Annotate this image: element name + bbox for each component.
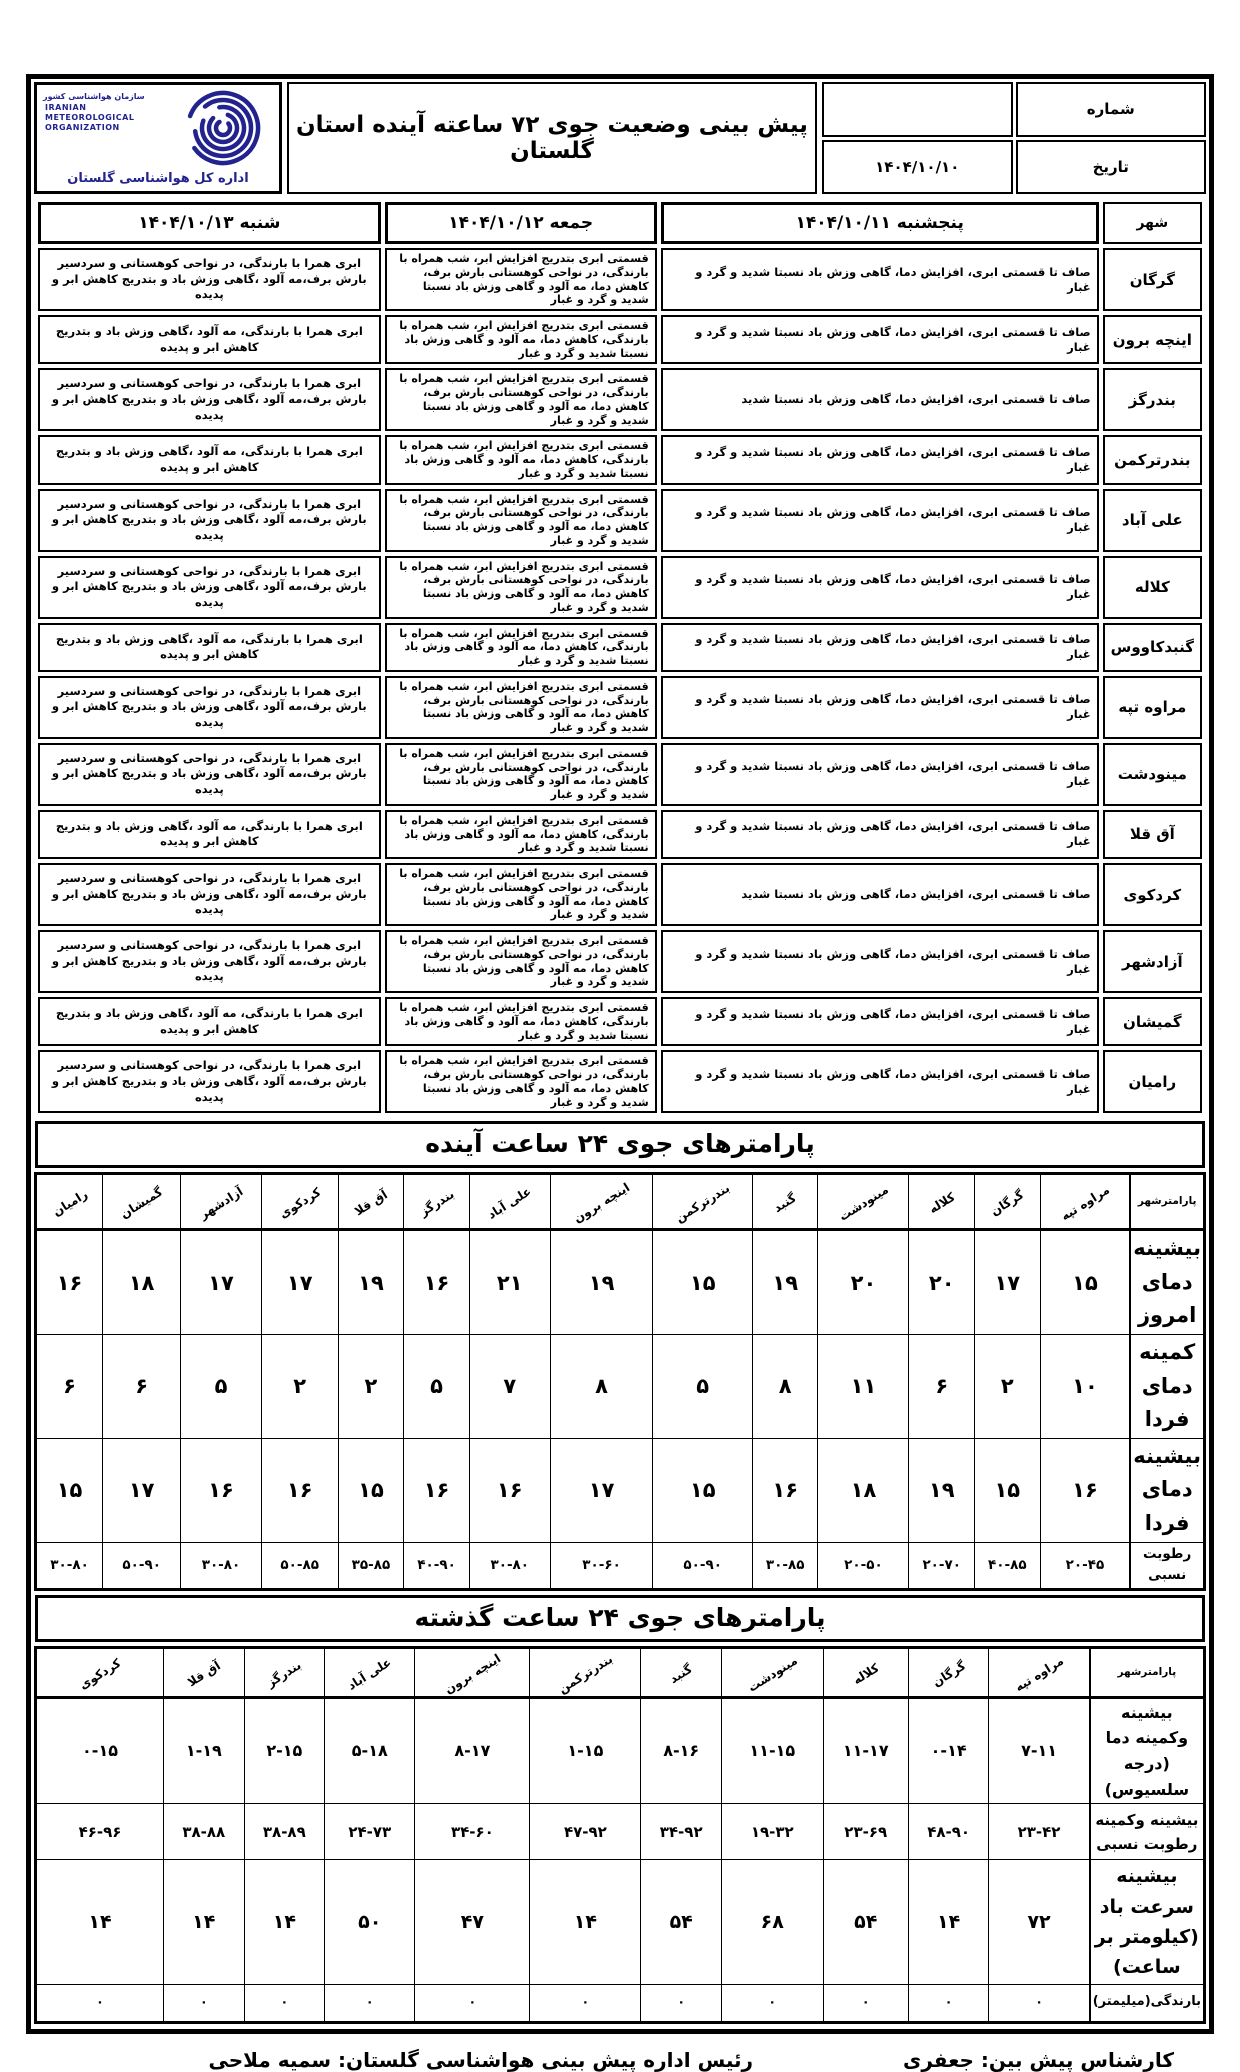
forecast-city-cell: آق قلا (1103, 810, 1202, 859)
params-city-header: مینودشت (721, 1647, 823, 1697)
forecast-saturday-cell: ابری همرا با بارندگی، در نواحی کوهستانی … (38, 1050, 381, 1113)
params-value-cell: ۰-۱۵ (36, 1697, 164, 1803)
forecast-city-cell: مراوه تپه (1103, 676, 1202, 739)
document-frame: شماره تاریخ ۱۴۰۴/۱۰/۱۰ پیش بینی وضعیت جو… (26, 74, 1214, 2034)
forecast-saturday-cell: ابری همرا با بارندگی، در نواحی کوهستانی … (38, 489, 381, 552)
number-value (822, 82, 1013, 137)
params-value-cell: ۲۰-۷۰ (909, 1542, 975, 1589)
forecast-saturday-cell: ابری همرا با بارندگی، مه آلود ،گاهی وزش … (38, 810, 381, 859)
params-value-cell: ۵۰-۹۰ (103, 1542, 181, 1589)
params-value-cell: ۱۹ (909, 1438, 975, 1542)
params-value-cell: ۱۱-۱۵ (721, 1697, 823, 1803)
params-value-cell: ۵-۱۸ (325, 1697, 415, 1803)
forecast-row: آق قلاصاف تا قسمتی ابری، افزایش دما، گاه… (38, 810, 1202, 859)
params-row-label: بیشینه سرعت باد (کیلومتر بر ساعت) (1090, 1860, 1205, 1985)
params-value-cell: ۰ (530, 1984, 641, 2022)
params-value-cell: ۰ (325, 1984, 415, 2022)
header-logo: سازمان هواشناسی کشور IRANIAN METEOROLOGI… (34, 82, 282, 194)
params-city-header: گرگان (908, 1647, 989, 1697)
params-value-cell: ۴۶-۹۶ (36, 1804, 164, 1860)
forecast-city-cell: رامیان (1103, 1050, 1202, 1113)
params-value-cell: ۴۰-۸۵ (975, 1542, 1041, 1589)
forecast-saturday-cell: ابری همرا با بارندگی، در نواحی کوهستانی … (38, 368, 381, 431)
params-header-row: پارامترشهرمراوه تپهگرگانکلالهمینودشتگنبد… (36, 1647, 1205, 1697)
params-value-cell: ۱۱-۱۷ (823, 1697, 908, 1803)
params-value-cell: ۰ (244, 1984, 325, 2022)
forecast-saturday-cell: ابری همرا با بارندگی، در نواحی کوهستانی … (38, 676, 381, 739)
params-value-cell: ۲ (261, 1335, 338, 1439)
forecast-thursday-cell: صاف تا قسمتی ابری، افزایش دما، گاهی وزش … (661, 743, 1099, 806)
params-city-header: گنبد (641, 1647, 722, 1697)
params-value-cell: ۴۰-۹۰ (404, 1542, 470, 1589)
params-value-cell: ۰-۱۴ (908, 1697, 989, 1803)
forecast-city-cell: گنبدکاووس (1103, 623, 1202, 672)
future-params-table: پارامترشهرمراوه تپهگرگانکلالهمینودشتگنبد… (34, 1172, 1206, 1591)
params-value-cell: ۴۸-۹۰ (908, 1804, 989, 1860)
day-header-friday: جمعه ۱۴۰۴/۱۰/۱۲ (385, 202, 657, 244)
forecast-saturday-cell: ابری همرا با بارندگی، مه آلود ،گاهی وزش … (38, 315, 381, 364)
params-value-cell: ۱۶ (404, 1230, 470, 1335)
forecast-saturday-cell: ابری همرا با بارندگی، مه آلود ،گاهی وزش … (38, 623, 381, 672)
signature-row: کارشناس پیش بین: جعفری رئیس اداره پیش بی… (26, 2048, 1214, 2072)
params-value-cell: ۱۵ (653, 1230, 752, 1335)
params-row: بارندگی(میلیمتر)۰۰۰۰۰۰۰۰۰۰۰ (36, 1984, 1205, 2022)
params-city-header: گمیشان (103, 1174, 181, 1230)
params-value-cell: ۳۸-۸۸ (164, 1804, 245, 1860)
params-value-cell: ۳۰-۸۰ (36, 1542, 103, 1589)
params-row: بیشینه وکمینه دما (درجه سلسیوس)۷-۱۱۰-۱۴۱… (36, 1697, 1205, 1803)
forecast-thursday-cell: صاف تا قسمتی ابری، افزایش دما، گاهی وزش … (661, 863, 1099, 926)
params-value-cell: ۲۱ (469, 1230, 550, 1335)
forecast-row: آزادشهرصاف تا قسمتی ابری، افزایش دما، گا… (38, 930, 1202, 993)
forecast-header-row: شهر پنجشنبه ۱۴۰۴/۱۰/۱۱ جمعه ۱۴۰۴/۱۰/۱۲ ش… (38, 202, 1202, 244)
params-value-cell: ۴۷-۹۲ (530, 1804, 641, 1860)
forecast-city-cell: کردکوی (1103, 863, 1202, 926)
page-title: پیش بینی وضعیت جوی ۷۲ ساعته آینده استان … (289, 112, 815, 164)
params-value-cell: ۱۶ (469, 1438, 550, 1542)
params-row-label: بارندگی(میلیمتر) (1090, 1984, 1205, 2022)
forecast-city-cell: اینچه برون (1103, 315, 1202, 364)
params-value-cell: ۳۴-۹۲ (641, 1804, 722, 1860)
params-value-cell: ۱۵ (338, 1438, 404, 1542)
params-row: بیشینه دمای فردا۱۶۱۵۱۹۱۸۱۶۱۵۱۷۱۶۱۶۱۵۱۶۱۶… (36, 1438, 1205, 1542)
day-header-saturday: شنبه ۱۴۰۴/۱۰/۱۳ (38, 202, 381, 244)
forecast-thursday-cell: صاف تا قسمتی ابری، افزایش دما، گاهی وزش … (661, 810, 1099, 859)
params-city-header: علی آباد (469, 1174, 550, 1230)
forecast-thursday-cell: صاف تا قسمتی ابری، افزایش دما، گاهی وزش … (661, 997, 1099, 1046)
params-value-cell: ۱-۱۵ (530, 1697, 641, 1803)
page: { "header": { "title": "پیش بینی وضعیت ج… (0, 0, 1240, 1754)
forecast-thursday-cell: صاف تا قسمتی ابری، افزایش دما، گاهی وزش … (661, 930, 1099, 993)
params-value-cell: ۱۶ (261, 1438, 338, 1542)
params-value-cell: ۲۴-۷۳ (325, 1804, 415, 1860)
params-row-label: بیشینه وکمینه رطوبت نسبی (1090, 1804, 1205, 1860)
params-city-header: مراوه تپه (989, 1647, 1090, 1697)
params-value-cell: ۱۷ (261, 1230, 338, 1335)
date-value: ۱۴۰۴/۱۰/۱۰ (822, 140, 1013, 195)
params-value-cell: ۱-۱۹ (164, 1697, 245, 1803)
forecast-friday-cell: قسمتی ابری بتدریج افزایش ابر، شب همراه ب… (385, 810, 657, 859)
params-city-header: کردکوی (261, 1174, 338, 1230)
params-value-cell: ۱۱ (818, 1335, 909, 1439)
date-label: تاریخ (1016, 140, 1207, 195)
forecast-thursday-cell: صاف تا قسمتی ابری، افزایش دما، گاهی وزش … (661, 489, 1099, 552)
forecast-row: کردکویصاف تا قسمتی ابری، افزایش دما، گاه… (38, 863, 1202, 926)
params-value-cell: ۶ (909, 1335, 975, 1439)
params-value-cell: ۱۸ (818, 1438, 909, 1542)
params-value-cell: ۱۶ (404, 1438, 470, 1542)
params-value-cell: ۶ (103, 1335, 181, 1439)
forecast-saturday-cell: ابری همرا با بارندگی، در نواحی کوهستانی … (38, 556, 381, 619)
params-value-cell: ۳۰-۸۵ (752, 1542, 818, 1589)
forecast-friday-cell: قسمتی ابری بتدریج افزایش ابر، شب همراه ب… (385, 556, 657, 619)
params-value-cell: ۲۰ (818, 1230, 909, 1335)
forecast-row: بندرترکمنصاف تا قسمتی ابری، افزایش دما، … (38, 435, 1202, 484)
params-city-header: بندرگز (404, 1174, 470, 1230)
params-value-cell: ۰ (641, 1984, 722, 2022)
params-value-cell: ۳۸-۸۹ (244, 1804, 325, 1860)
params-city-header: گرگان (975, 1174, 1041, 1230)
signature-head: رئیس اداره پیش بینی هواشناسی گلستان: سمی… (209, 2048, 754, 2072)
forecast-friday-cell: قسمتی ابری بتدریج افزایش ابر، شب همراه ب… (385, 997, 657, 1046)
forecast-saturday-cell: ابری همرا با بارندگی، مه آلود ،گاهی وزش … (38, 435, 381, 484)
params-value-cell: ۱۴ (164, 1860, 245, 1985)
document-header: شماره تاریخ ۱۴۰۴/۱۰/۱۰ پیش بینی وضعیت جو… (34, 82, 1206, 194)
params-value-cell: ۸-۱۷ (415, 1697, 530, 1803)
forecast-friday-cell: قسمتی ابری بتدریج افزایش ابر، شب همراه ب… (385, 368, 657, 431)
forecast-friday-cell: قسمتی ابری بتدریج افزایش ابر، شب همراه ب… (385, 248, 657, 311)
params-value-cell: ۱۴ (36, 1860, 164, 1985)
forecast-saturday-cell: ابری همرا با بارندگی، در نواحی کوهستانی … (38, 863, 381, 926)
forecast-thursday-cell: صاف تا قسمتی ابری، افزایش دما، گاهی وزش … (661, 623, 1099, 672)
signature-forecaster: کارشناس پیش بین: جعفری (903, 2048, 1174, 2072)
params-value-cell: ۷۲ (989, 1860, 1090, 1985)
params-value-cell: ۲۳-۶۹ (823, 1804, 908, 1860)
forecast-friday-cell: قسمتی ابری بتدریج افزایش ابر، شب همراه ب… (385, 743, 657, 806)
forecast-city-cell: کلاله (1103, 556, 1202, 619)
forecast-friday-cell: قسمتی ابری بتدریج افزایش ابر، شب همراه ب… (385, 435, 657, 484)
forecast-row: مراوه تپهصاف تا قسمتی ابری، افزایش دما، … (38, 676, 1202, 739)
params-value-cell: ۷ (469, 1335, 550, 1439)
params-value-cell: ۱۵ (36, 1438, 103, 1542)
forecast-row: رامیانصاف تا قسمتی ابری، افزایش دما، گاه… (38, 1050, 1202, 1113)
title-box: پیش بینی وضعیت جوی ۷۲ ساعته آینده استان … (287, 82, 817, 194)
params-city-header: آزادشهر (181, 1174, 262, 1230)
forecast-thursday-cell: صاف تا قسمتی ابری، افزایش دما، گاهی وزش … (661, 315, 1099, 364)
params-value-cell: ۱۶ (181, 1438, 262, 1542)
params-value-cell: ۱۵ (975, 1438, 1041, 1542)
params-value-cell: ۸ (550, 1335, 653, 1439)
forecast-friday-cell: قسمتی ابری بتدریج افزایش ابر، شب همراه ب… (385, 623, 657, 672)
params-value-cell: ۵۰ (325, 1860, 415, 1985)
forecast-friday-cell: قسمتی ابری بتدریج افزایش ابر، شب همراه ب… (385, 315, 657, 364)
params-value-cell: ۵ (653, 1335, 752, 1439)
params-row: رطوبت نسبی۲۰-۴۵۴۰-۸۵۲۰-۷۰۲۰-۵۰۳۰-۸۵۵۰-۹۰… (36, 1542, 1205, 1589)
spiral-logo-icon (167, 89, 271, 167)
params-value-cell: ۱۵ (1040, 1230, 1130, 1335)
params-value-cell: ۲ (338, 1335, 404, 1439)
forecast-friday-cell: قسمتی ابری بتدریج افزایش ابر، شب همراه ب… (385, 1050, 657, 1113)
params-value-cell: ۱۶ (752, 1438, 818, 1542)
params-header-row: پارامترشهرمراوه تپهگرگانکلالهمینودشتگنبد… (36, 1174, 1205, 1230)
forecast-friday-cell: قسمتی ابری بتدریج افزایش ابر، شب همراه ب… (385, 863, 657, 926)
forecast-saturday-cell: ابری همرا با بارندگی، در نواحی کوهستانی … (38, 743, 381, 806)
params-city-header: بندرترکمن (653, 1174, 752, 1230)
params-value-cell: ۲-۱۵ (244, 1697, 325, 1803)
forecast-city-cell: آزادشهر (1103, 930, 1202, 993)
params-value-cell: ۸ (752, 1335, 818, 1439)
params-city-header: اینچه برون (415, 1647, 530, 1697)
params-value-cell: ۰ (823, 1984, 908, 2022)
params-value-cell: ۲۰-۴۵ (1040, 1542, 1130, 1589)
forecast-row: بندرگزصاف تا قسمتی ابری، افزایش دما، گاه… (38, 368, 1202, 431)
forecast-row: گنبدکاووسصاف تا قسمتی ابری، افزایش دما، … (38, 623, 1202, 672)
params-value-cell: ۲۳-۴۲ (989, 1804, 1090, 1860)
params-value-cell: ۱۶ (36, 1230, 103, 1335)
forecast-thursday-cell: صاف تا قسمتی ابری، افزایش دما، گاهی وزش … (661, 556, 1099, 619)
forecast-thursday-cell: صاف تا قسمتی ابری، افزایش دما، گاهی وزش … (661, 676, 1099, 739)
forecast-saturday-cell: ابری همرا با بارندگی، در نواحی کوهستانی … (38, 248, 381, 311)
past-params-table: پارامترشهرمراوه تپهگرگانکلالهمینودشتگنبد… (34, 1646, 1206, 2024)
params-value-cell: ۲۰-۵۰ (818, 1542, 909, 1589)
params-value-cell: ۰ (721, 1984, 823, 2022)
forecast-city-cell: گمیشان (1103, 997, 1202, 1046)
params-value-cell: ۱۴ (244, 1860, 325, 1985)
forecast-thursday-cell: صاف تا قسمتی ابری، افزایش دما، گاهی وزش … (661, 248, 1099, 311)
day-header-thursday: پنجشنبه ۱۴۰۴/۱۰/۱۱ (661, 202, 1099, 244)
params-city-header: رامیان (36, 1174, 103, 1230)
params-value-cell: ۰ (908, 1984, 989, 2022)
params-corner-cell: پارامترشهر (1090, 1647, 1205, 1697)
forecast-row: اینچه برونصاف تا قسمتی ابری، افزایش دما،… (38, 315, 1202, 364)
forecast-row: مینودشتصاف تا قسمتی ابری، افزایش دما، گا… (38, 743, 1202, 806)
params-city-header: کردکوی (36, 1647, 164, 1697)
params-value-cell: ۱۹ (550, 1230, 653, 1335)
forecast-city-cell: مینودشت (1103, 743, 1202, 806)
logo-org-name-fa: سازمان هواشناسی کشور (43, 92, 171, 101)
params-row: بیشینه سرعت باد (کیلومتر بر ساعت)۷۲۱۴۵۴۶… (36, 1860, 1205, 1985)
params-value-cell: ۱۷ (103, 1438, 181, 1542)
number-label: شماره (1016, 82, 1207, 137)
params-city-header: کلاله (909, 1174, 975, 1230)
forecast-city-cell: بندرگز (1103, 368, 1202, 431)
params-row-label: کمینه دمای فردا (1130, 1335, 1204, 1439)
params-row: بیشینه وکمینه رطوبت نسبی۲۳-۴۲۴۸-۹۰۲۳-۶۹۱… (36, 1804, 1205, 1860)
forecast-thursday-cell: صاف تا قسمتی ابری، افزایش دما، گاهی وزش … (661, 435, 1099, 484)
params-row-label: بیشینه وکمینه دما (درجه سلسیوس) (1090, 1697, 1205, 1803)
forecast-friday-cell: قسمتی ابری بتدریج افزایش ابر، شب همراه ب… (385, 930, 657, 993)
params-value-cell: ۵ (404, 1335, 470, 1439)
params-value-cell: ۰ (164, 1984, 245, 2022)
params-value-cell: ۷-۱۱ (989, 1697, 1090, 1803)
params-value-cell: ۴۷ (415, 1860, 530, 1985)
forecast-row: گمیشانصاف تا قسمتی ابری، افزایش دما، گاه… (38, 997, 1202, 1046)
params-value-cell: ۱۹-۳۲ (721, 1804, 823, 1860)
params-value-cell: ۵۰-۸۵ (261, 1542, 338, 1589)
params-city-header: آق قلا (338, 1174, 404, 1230)
params-city-header: آق قلا (164, 1647, 245, 1697)
params-row-label: بیشینه دمای فردا (1130, 1438, 1204, 1542)
params-city-header: بندرگز (244, 1647, 325, 1697)
params-row-label: رطوبت نسبی (1130, 1542, 1204, 1589)
params-value-cell: ۱۷ (181, 1230, 262, 1335)
forecast-table-body: گرگانصاف تا قسمتی ابری، افزایش دما، گاهی… (38, 248, 1202, 1113)
forecast-city-cell: علی آباد (1103, 489, 1202, 552)
logo-org-name-en: IRANIAN METEOROLOGICAL ORGANIZATION (45, 103, 175, 133)
params-city-header: مراوه تپه (1040, 1174, 1130, 1230)
future-params-title: پارامترهای جوی ۲۴ ساعت آینده (35, 1121, 1205, 1168)
params-row: کمینه دمای فردا۱۰۲۶۱۱۸۵۸۷۵۲۲۵۶۶ (36, 1335, 1205, 1439)
params-value-cell: ۱۷ (550, 1438, 653, 1542)
params-value-cell: ۱۹ (338, 1230, 404, 1335)
forecast-friday-cell: قسمتی ابری بتدریج افزایش ابر، شب همراه ب… (385, 489, 657, 552)
params-value-cell: ۰ (36, 1984, 164, 2022)
params-value-cell: ۱۰ (1040, 1335, 1130, 1439)
params-value-cell: ۶ (36, 1335, 103, 1439)
params-city-header: گنبد (752, 1174, 818, 1230)
params-value-cell: ۰ (989, 1984, 1090, 2022)
forecast-row: کلالهصاف تا قسمتی ابری، افزایش دما، گاهی… (38, 556, 1202, 619)
params-value-cell: ۶۸ (721, 1860, 823, 1985)
params-value-cell: ۱۵ (653, 1438, 752, 1542)
params-corner-cell: پارامترشهر (1130, 1174, 1204, 1230)
params-value-cell: ۱۷ (975, 1230, 1041, 1335)
params-value-cell: ۵ (181, 1335, 262, 1439)
city-column-header: شهر (1103, 202, 1202, 244)
params-value-cell: ۳۴-۶۰ (415, 1804, 530, 1860)
forecast-city-cell: گرگان (1103, 248, 1202, 311)
params-value-cell: ۱۸ (103, 1230, 181, 1335)
params-value-cell: ۳۰-۶۰ (550, 1542, 653, 1589)
params-city-header: کلاله (823, 1647, 908, 1697)
params-value-cell: ۸-۱۶ (641, 1697, 722, 1803)
forecast-table: شهر پنجشنبه ۱۴۰۴/۱۰/۱۱ جمعه ۱۴۰۴/۱۰/۱۲ ش… (34, 198, 1206, 1117)
params-value-cell: ۵۴ (641, 1860, 722, 1985)
params-city-header: اینچه برون (550, 1174, 653, 1230)
forecast-row: علی آبادصاف تا قسمتی ابری، افزایش دما، گ… (38, 489, 1202, 552)
params-value-cell: ۵۰-۹۰ (653, 1542, 752, 1589)
params-row: بیشینه دمای امروز۱۵۱۷۲۰۲۰۱۹۱۵۱۹۲۱۱۶۱۹۱۷۱… (36, 1230, 1205, 1335)
params-value-cell: ۰ (415, 1984, 530, 2022)
forecast-thursday-cell: صاف تا قسمتی ابری، افزایش دما، گاهی وزش … (661, 368, 1099, 431)
params-value-cell: ۱۹ (752, 1230, 818, 1335)
params-value-cell: ۳۰-۸۰ (469, 1542, 550, 1589)
forecast-friday-cell: قسمتی ابری بتدریج افزایش ابر، شب همراه ب… (385, 676, 657, 739)
forecast-city-cell: بندرترکمن (1103, 435, 1202, 484)
params-city-header: بندرترکمن (530, 1647, 641, 1697)
params-value-cell: ۲۰ (909, 1230, 975, 1335)
params-value-cell: ۲ (975, 1335, 1041, 1439)
logo-department-name: اداره کل هواشناسی گلستان (37, 171, 279, 186)
forecast-row: گرگانصاف تا قسمتی ابری، افزایش دما، گاهی… (38, 248, 1202, 311)
forecast-thursday-cell: صاف تا قسمتی ابری، افزایش دما، گاهی وزش … (661, 1050, 1099, 1113)
params-value-cell: ۵۴ (823, 1860, 908, 1985)
params-value-cell: ۱۶ (1040, 1438, 1130, 1542)
params-value-cell: ۱۴ (908, 1860, 989, 1985)
past-params-title: پارامترهای جوی ۲۴ ساعت گذشته (35, 1595, 1205, 1642)
number-date-block: شماره تاریخ ۱۴۰۴/۱۰/۱۰ (822, 82, 1206, 194)
forecast-saturday-cell: ابری همرا با بارندگی، مه آلود ،گاهی وزش … (38, 997, 381, 1046)
params-city-header: مینودشت (818, 1174, 909, 1230)
params-city-header: علی آباد (325, 1647, 415, 1697)
params-row-label: بیشینه دمای امروز (1130, 1230, 1204, 1335)
forecast-saturday-cell: ابری همرا با بارندگی، در نواحی کوهستانی … (38, 930, 381, 993)
params-value-cell: ۳۰-۸۰ (181, 1542, 262, 1589)
params-value-cell: ۳۵-۸۵ (338, 1542, 404, 1589)
params-value-cell: ۱۴ (530, 1860, 641, 1985)
